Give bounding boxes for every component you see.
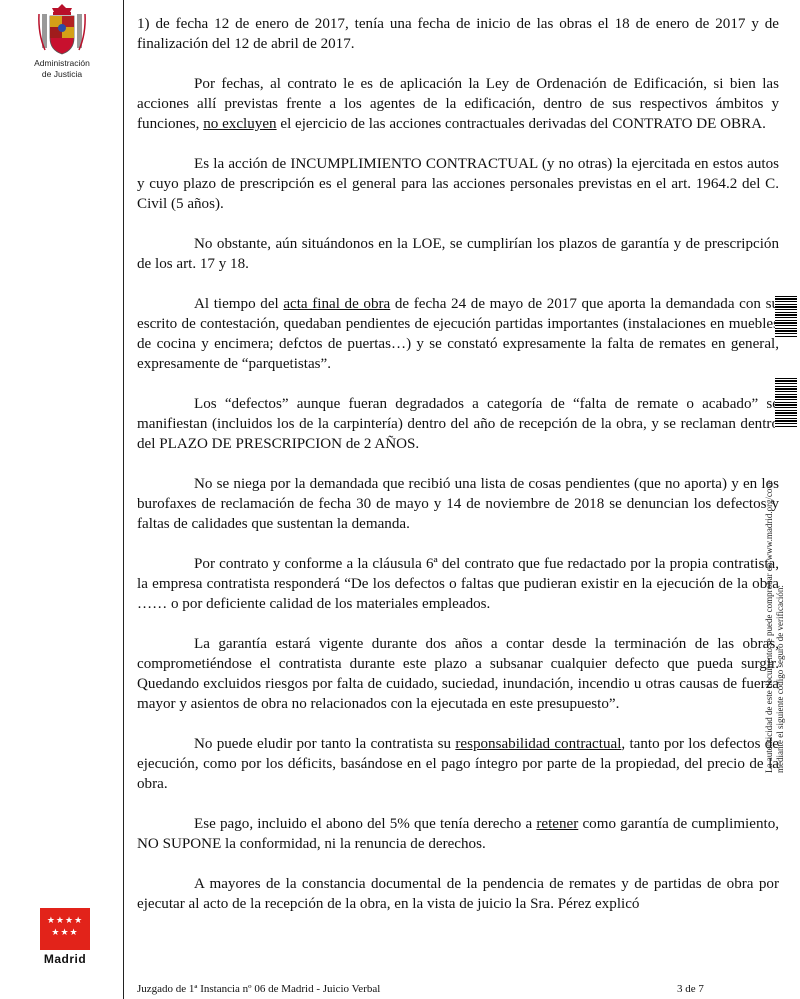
page-number: 3 de 7 bbox=[677, 983, 704, 995]
region-label: Madrid bbox=[0, 952, 130, 966]
paragraph-2: Por fechas, al contrato le es de aplicac… bbox=[137, 74, 779, 134]
barcode-icon bbox=[775, 378, 797, 428]
underlined-text: responsabilidad contractual bbox=[455, 736, 621, 752]
stars-row-1: ★★★★ bbox=[40, 917, 90, 926]
underlined-text: retener bbox=[536, 816, 578, 832]
text: No puede eludir por tanto la contratista… bbox=[194, 736, 455, 752]
sidebar: Administración de Justicia ★★★★ ★★★ Madr… bbox=[0, 0, 124, 999]
document-body: 1) de fecha 12 de enero de 2017, tenía u… bbox=[137, 14, 779, 934]
verification-line-2: mediante el siguiente código seguro de v… bbox=[775, 428, 786, 773]
paragraph-11: Ese pago, incluido el abono del 5% que t… bbox=[137, 814, 779, 854]
paragraph-3: Es la acción de INCUMPLIMIENTO CONTRACTU… bbox=[137, 154, 779, 214]
madrid-stars-flag-icon: ★★★★ ★★★ bbox=[40, 908, 90, 950]
organization-label-line2: de Justicia bbox=[0, 69, 124, 80]
paragraph-9: La garantía estará vigente durante dos a… bbox=[137, 634, 779, 714]
paragraph-7: No se niega por la demandada que recibió… bbox=[137, 474, 779, 534]
paragraph-8: Por contrato y conforme a la cláusula 6ª… bbox=[137, 554, 779, 614]
underlined-text: acta final de obra bbox=[283, 296, 390, 312]
paragraph-6: Los “defectos” aunque fueran degradados … bbox=[137, 394, 779, 454]
paragraph-1: 1) de fecha 12 de enero de 2017, tenía u… bbox=[137, 14, 779, 54]
paragraph-4: No obstante, aún situándonos en la LOE, … bbox=[137, 234, 779, 274]
verification-line-1: La autenticidad de este documento se pue… bbox=[764, 428, 775, 773]
footer-court: Juzgado de 1ª Instancia nº 06 de Madrid … bbox=[137, 983, 380, 995]
paragraph-12: A mayores de la constancia documental de… bbox=[137, 874, 779, 914]
text: el ejercicio de las acciones contractual… bbox=[277, 116, 766, 132]
paragraph-10: No puede eludir por tanto la contratista… bbox=[137, 734, 779, 794]
margin-divider bbox=[123, 0, 124, 999]
organization-label: Administración de Justicia bbox=[0, 58, 124, 80]
verification-note: La autenticidad de este documento se pue… bbox=[764, 428, 800, 773]
organization-label-line1: Administración bbox=[0, 58, 124, 69]
paragraph-5: Al tiempo del acta final de obra de fech… bbox=[137, 294, 779, 374]
coat-of-arms-icon bbox=[37, 2, 87, 58]
underlined-text: no excluyen bbox=[203, 116, 276, 132]
barcode-icon bbox=[775, 296, 797, 338]
stars-row-2: ★★★ bbox=[40, 929, 90, 938]
text: Al tiempo del bbox=[194, 296, 283, 312]
text: Ese pago, incluido el abono del 5% que t… bbox=[194, 816, 536, 832]
